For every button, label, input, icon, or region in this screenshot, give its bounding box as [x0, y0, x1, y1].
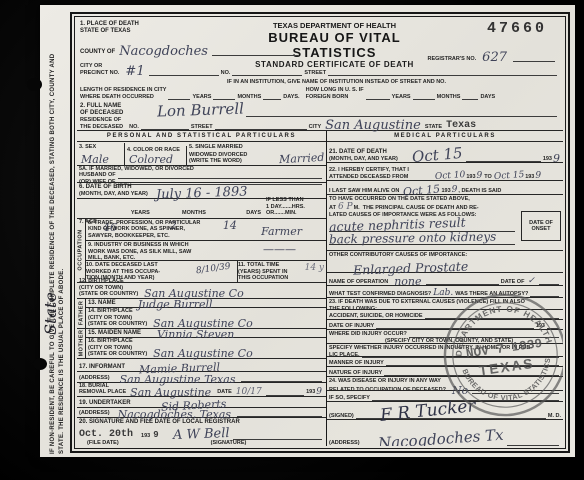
county-value: Nacogdoches: [119, 45, 208, 58]
fullname-label-2: OF DECEASED: [80, 110, 123, 117]
blank-line: [413, 94, 435, 100]
dept-title: TEXAS DEPARTMENT OF HEALTH: [227, 21, 442, 30]
blank-line: [237, 411, 322, 417]
specify-row: SPECIFY WHETHER INJURY OCCURRED IN INDUS…: [327, 344, 563, 357]
burial-date-label: DATE: [217, 389, 232, 396]
hole-punch: [27, 78, 42, 91]
blank-line: [149, 70, 219, 76]
residence-row: RESIDENCE OF THE DECEASED NO. STREET CIT…: [80, 117, 559, 130]
race-value: Colored: [129, 154, 186, 165]
burial-year-digit: 9: [316, 388, 322, 397]
test-value: Lab.: [433, 289, 453, 298]
pre-193: 193: [306, 389, 315, 396]
registrar-no-block: REGISTRAR'S NO. 627: [427, 51, 557, 62]
physician-address-value: Nacogdoches Tx: [377, 426, 504, 446]
total-time-cell: 11. TOTAL TIME (YEARS) SPENT IN THIS OCC…: [238, 261, 326, 282]
res-state-value: Texas: [446, 120, 476, 131]
item18-label-2: REMOVAL PLACE: [79, 389, 126, 396]
blank-line: [507, 440, 559, 446]
registrar-signature: A W Bell: [172, 427, 229, 442]
operation-date-mark: ✓: [527, 277, 535, 286]
test-label: WHAT TEST CONFIRMED DIAGNOSIS?: [329, 291, 431, 298]
personal-title: PERSONAL AND STATISTICAL PARTICULARS: [77, 131, 326, 142]
item23-row: 23. IF DEATH WAS DUE TO EXTERNAL CAUSES …: [327, 298, 563, 310]
item17-label: 17. INFORMANT: [79, 364, 125, 371]
margin-handwritten-state: State: [41, 292, 60, 335]
contributory-block: OTHER CONTRIBUTORY CAUSES OF IMPORTANCE:…: [327, 251, 563, 273]
place-of-death-block: 1. PLACE OF DEATH STATE OF TEXAS: [80, 21, 139, 35]
manner-label: MANNER OF INJURY: [329, 360, 384, 367]
lastsaw-year-digit: 9: [452, 186, 458, 195]
item23-label-1: 23. IF DEATH WAS DUE TO EXTERNAL CAUSES …: [329, 298, 561, 306]
item21-sub: (MONTH, DAY, AND YEAR): [329, 156, 398, 163]
days-label-2: DAYS: [480, 94, 495, 101]
undertaker-address-label: (ADDRESS): [79, 410, 110, 417]
physician-address-label: (ADDRESS): [329, 440, 360, 447]
occurred-label-1: TO HAVE OCCURRED ON THE DATE STATED ABOV…: [329, 195, 561, 203]
informant-row: 17. INFORMANT Mamie Burrell: [77, 359, 326, 372]
res-city-label: CITY: [309, 124, 322, 131]
residence-length-row: LENGTH OF RESIDENCE IN CITY WHERE DEATH …: [80, 87, 559, 100]
mother-group: MOTHER 15. MAIDEN NAME Vinnia Steven 16.…: [77, 329, 326, 359]
street-label: STREET: [304, 70, 326, 77]
specify-label-1: SPECIFY WHETHER INJURY OCCURRED IN INDUS…: [329, 344, 561, 352]
where-injury-row: WHERE DID INJURY OCCUR? (SPECIFY CITY OR…: [327, 330, 563, 344]
blank-line: [366, 94, 390, 100]
trade-row: 8. TRADE, PROFESSION, OR PARTICULAR KIND…: [86, 219, 326, 242]
months-label-2: MONTHS: [437, 94, 461, 101]
registrar-row: 20. SIGNATURE AND FILE DATE OF LOCAL REG…: [77, 418, 326, 447]
industry-value: ———: [263, 244, 296, 255]
injury-date-label: DATE OF INJURY: [329, 323, 374, 330]
hole-punch: [33, 358, 47, 370]
full-name-row: 2. FULL NAME OF DECEASED Lon Burrell: [80, 101, 559, 117]
sex-cell: 3. SEX Male: [77, 143, 125, 165]
fullname-label-1: 2. FULL NAME: [80, 103, 123, 110]
cause2-value: back pressure onto kidneys: [329, 230, 496, 247]
precinct-value: #1: [125, 65, 144, 78]
state-of-texas-label: STATE OF TEXAS: [80, 28, 139, 35]
mother-name-row: 15. MAIDEN NAME Vinnia Steven: [86, 329, 326, 339]
age-less-3: OR.......MIN.: [266, 210, 324, 217]
item16-label-3: (STATE OR COUNTRY): [88, 351, 147, 358]
date-of-death-row: 21. DATE OF DEATH (MONTH, DAY, AND YEAR)…: [327, 142, 563, 163]
father-birthplace-row: 14. BIRTHPLACE (CITY OR TOWN) (STATE OR …: [86, 308, 326, 328]
race-cell: 4. COLOR OR RACE Colored: [125, 146, 187, 165]
md-label: M. D.: [548, 413, 561, 420]
burial-date-value: 10/17: [236, 388, 262, 397]
dob-label: 6. DATE OF BIRTH: [79, 184, 148, 191]
blank-line: [462, 94, 478, 100]
personal-column: PERSONAL AND STATISTICAL PARTICULARS 3. …: [77, 131, 327, 446]
father-group: FATHER 13. NAME Judge Burrell 14. BIRTHP…: [77, 299, 326, 329]
item12-label-3: (STATE OR COUNTRY): [79, 291, 138, 298]
operation-label: NAME OF OPERATION: [329, 279, 388, 286]
medical-title: MEDICAL PARTICULARS: [327, 131, 563, 142]
trade-value: Farmer: [261, 226, 302, 237]
accident-label: ACCIDENT, SUICIDE, OR HOMICIDE: [329, 313, 423, 320]
blank-line: [513, 56, 555, 62]
father-name-row: 13. NAME Judge Burrell: [86, 299, 326, 309]
age-less-cell: IF LESS THAN 1 DAY.......HRS. OR.......M…: [264, 196, 326, 218]
lastsaw-label: I LAST SAW HIM ALIVE ON: [329, 188, 399, 195]
blank-line: [384, 370, 559, 376]
blank-line: [215, 124, 307, 130]
industry-row: 9. INDUSTRY OR BUSINESS IN WHICH WORK WA…: [86, 241, 326, 261]
county-row: COUNTY OF Nacogdoches: [80, 45, 300, 56]
mother-birthplace-value: San Augustine Co: [153, 348, 253, 359]
blank-line: [263, 94, 281, 100]
county-label: COUNTY OF: [80, 49, 115, 56]
cause-of-death-block: TO HAVE OCCURRED ON THE DATE STATED ABOV…: [327, 195, 563, 251]
file-date-caption: (FILE DATE): [87, 440, 119, 447]
sex-race-marital-row: 3. SEX Male 4. COLOR OR RACE Colored 5. …: [77, 142, 326, 166]
time-of-death-value: 6 P: [338, 203, 353, 212]
age-row: 7. AGE 46 YEARS 2 MONTHS 14 DAYS: [77, 199, 326, 219]
manner-row: MANNER OF INJURY: [327, 357, 563, 367]
undertaker-address-row: (ADDRESS) Nacogdoches, Texas: [77, 408, 326, 418]
item1-label: 1. PLACE OF DEATH: [80, 21, 139, 28]
test-row: WHAT TEST CONFIRMED DIAGNOSIS? Lab. WAS …: [327, 286, 563, 298]
blank-line: [547, 323, 559, 329]
dob-sub-label: (MONTH, DAY, AND YEAR): [79, 191, 148, 198]
years-label-2: YEARS: [392, 94, 411, 101]
certificate-form: 1. PLACE OF DEATH STATE OF TEXAS TEXAS D…: [70, 12, 570, 453]
registrar-no-label: REGISTRAR'S NO.: [427, 56, 476, 63]
residence-label-2: THE DECEASED: [80, 124, 123, 131]
age-months-label: MONTHS: [182, 210, 206, 217]
mother-vertical-label: MOTHER: [77, 329, 86, 358]
blank-line: [232, 70, 302, 76]
blank-line: [530, 291, 559, 297]
days-label: DAYS.: [283, 94, 299, 101]
pre-193-death: 193: [543, 156, 552, 163]
blank-line: [168, 94, 190, 100]
undertaker-row: 19. UNDERTAKER Sid Roberts: [77, 397, 326, 408]
informant-address-row: (ADDRESS) San Augustine Texas: [77, 372, 326, 383]
blank-line: [141, 124, 189, 130]
to-label: TO: [484, 174, 492, 181]
blank-line: [241, 376, 322, 382]
nature-row: NATURE OF INJURY: [327, 367, 563, 377]
item8-label-3: SAWYER, BOOKKEEPER, ETC.: [88, 233, 200, 240]
pre-193-lastsaw: 193: [441, 188, 450, 195]
age-years-label: YEARS: [131, 210, 150, 217]
blank-line: [212, 50, 298, 56]
marital-cell: 5. SINGLE MARRIED WIDOWED DIVORCED (WRIT…: [187, 143, 326, 165]
physician-address-row: (ADDRESS) Nacogdoches Tx: [327, 420, 563, 446]
item19-label: 19. UNDERTAKER: [79, 400, 131, 407]
item21-label: 21. DATE OF DEATH: [329, 149, 398, 156]
blank-line: [426, 279, 499, 285]
injury-date-row: DATE OF INJURY 193: [327, 320, 563, 330]
margin-note-line1: IF NON-RESIDENT, BE CAREFUL TO GIVE THE …: [49, 12, 58, 454]
marital-label-1: 5. SINGLE MARRIED: [187, 143, 326, 152]
margin-note-line2: STATE. THE RESIDENCE IS THE USUAL PLACE …: [58, 12, 67, 454]
item15-label: 15. MAIDEN NAME: [88, 330, 141, 337]
item11-label-3: THIS OCCUPATION: [238, 275, 326, 282]
blank-line: [376, 323, 534, 329]
pre-193-injury: 193: [536, 323, 545, 330]
from-year-digit: 9: [477, 172, 483, 181]
marital-value: Married: [278, 152, 324, 165]
sex-label: 3. SEX: [77, 143, 124, 152]
item14-label-3: (STATE OR COUNTRY): [88, 321, 147, 328]
accident-row: ACCIDENT, SUICIDE, OR HOMICIDE: [327, 310, 563, 320]
blank-line: [539, 279, 559, 285]
item5a-row: 5A. IF MARRIED, WIDOWED, OR DIVORCED HUS…: [77, 166, 326, 183]
date-of-label: DATE OF: [501, 279, 525, 286]
institution-note: IF IN AN INSTITUTION, GIVE NAME OF INSTI…: [227, 79, 446, 86]
father-birthplace-value: San Augustine Co: [153, 318, 253, 329]
no-label: NO.: [221, 70, 231, 77]
signed-row: (SIGNED) F R Tucker M. D.: [327, 402, 563, 420]
mother-birthplace-row: 16. BIRTHPLACE (CITY OR TOWN) (STATE OR …: [86, 338, 326, 358]
father-vertical-label: FATHER: [77, 299, 86, 328]
operation-row: NAME OF OPERATION none DATE OF ✓: [327, 273, 563, 286]
age-days-label: DAYS: [246, 210, 261, 217]
informant-address-label: (ADDRESS): [79, 375, 110, 382]
occupation-vertical-label: OCCUPATION: [77, 219, 86, 282]
death-said-label: , DEATH IS SAID: [458, 188, 501, 195]
item22-label: 22. I HEREBY CERTIFY, THAT I ATTENDED DE…: [329, 167, 433, 180]
autopsy-label: WAS THERE AN AUTOPSY?: [455, 291, 528, 298]
blank-line: [386, 360, 559, 366]
pre-193-to: 193: [525, 174, 534, 181]
birthplace-value: San Augustine Co: [144, 288, 244, 299]
onset-label-2: ONSET: [522, 226, 560, 233]
total-time-value: 14 y: [305, 264, 324, 273]
form-header: 1. PLACE OF DEATH STATE OF TEXAS TEXAS D…: [77, 19, 563, 131]
sex-value: Male: [81, 154, 124, 165]
pre-193-from: 193: [466, 174, 475, 181]
city-precinct-row: CITY OR PRECINCT NO. #1 NO. STREET: [80, 63, 559, 76]
scanned-certificate: IF NON-RESIDENT, BE CAREFUL TO GIVE THE …: [0, 0, 584, 480]
occupation-group: OCCUPATION 8. TRADE, PROFESSION, OR PART…: [77, 219, 326, 283]
last-saw-row: I LAST SAW HIM ALIVE ON Oct 15 193 9 , D…: [327, 181, 563, 195]
blank-line: [266, 390, 304, 396]
item13-label: 13. NAME: [88, 300, 116, 307]
file-year-digit: 9: [153, 430, 158, 440]
nature-label: NATURE OF INJURY: [329, 370, 382, 377]
cause-line-2: back pressure onto kidneys: [329, 232, 515, 245]
foreign-label-2: FOREIGN BORN: [306, 94, 364, 101]
date-of-onset-box: DATE OF ONSET: [521, 211, 561, 241]
blank-line: [466, 156, 540, 162]
res-state-label: STATE: [425, 124, 442, 131]
ifso-label: IF SO, SPECIFY: [329, 395, 370, 402]
signed-label: (SIGNED): [329, 413, 354, 420]
precinct-no-label: PRECINCT NO.: [80, 70, 119, 77]
serial-number-stamp: 47660: [487, 20, 547, 37]
item24-row: 24. WAS DISEASE OR INJURY IN ANY WAY REL…: [327, 377, 563, 391]
item24-label-1: 24. WAS DISEASE OR INJURY IN ANY WAY: [329, 377, 561, 385]
file-date-stamp: Oct. 20th: [79, 429, 133, 440]
blank-line: [328, 70, 557, 76]
res-street-label: STREET: [191, 124, 213, 131]
margin-note: IF NON-RESIDENT, BE CAREFUL TO GIVE THE …: [49, 12, 67, 454]
medical-column: MEDICAL PARTICULARS 21. DATE OF DEATH (M…: [327, 131, 563, 446]
attended-row: 22. I HEREBY CERTIFY, THAT I ATTENDED DE…: [327, 163, 563, 181]
burial-row: 18. BURIAL REMOVAL PLACE San Augustine D…: [77, 383, 326, 397]
birthplace-row: 12. BIRTHPLACE (CITY OR TOWN) (STATE OR …: [77, 283, 326, 299]
years-label: YEARS: [192, 94, 211, 101]
res-no-label: NO.: [129, 124, 139, 131]
to-year-digit: 9: [535, 172, 541, 181]
blank-line: [425, 313, 559, 319]
paper: IF NON-RESIDENT, BE CAREFUL TO GIVE THE …: [40, 5, 575, 457]
length-label-2: WHERE DEATH OCCURRED: [80, 94, 166, 101]
item20-label: 20. SIGNATURE AND FILE DATE OF LOCAL REG…: [79, 418, 324, 426]
